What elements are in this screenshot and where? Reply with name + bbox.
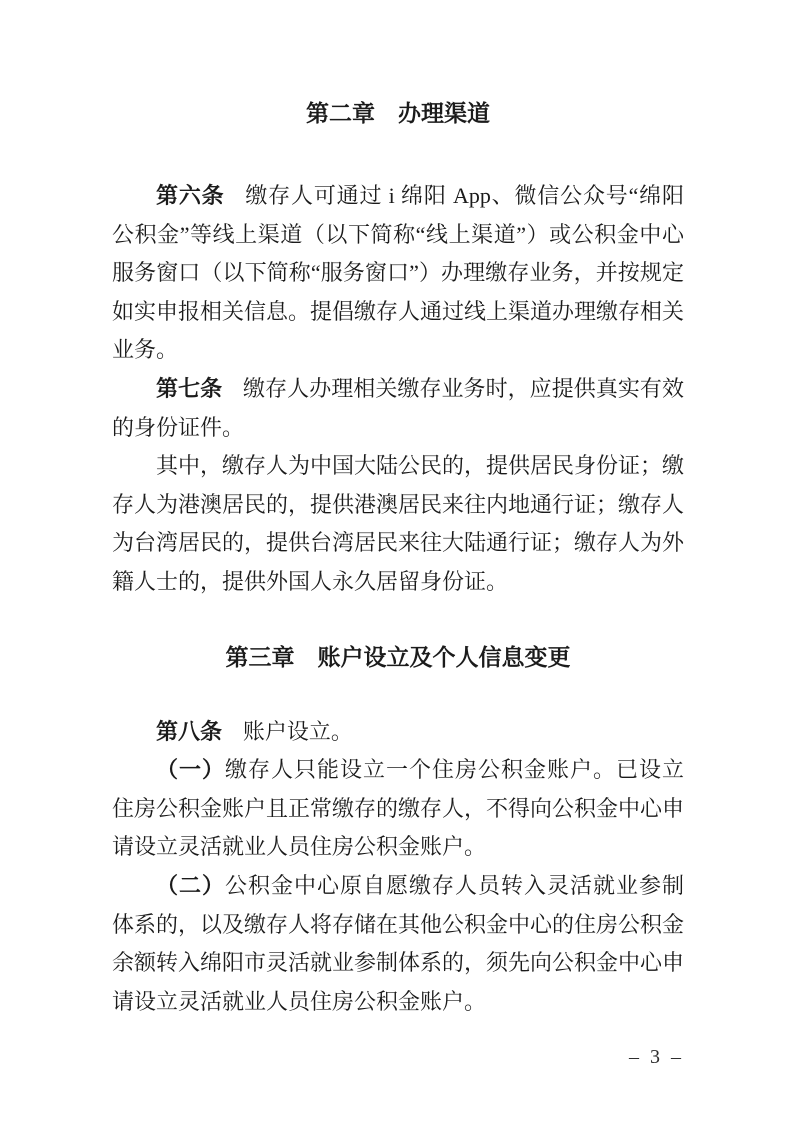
page-number: – 3 – <box>112 1042 684 1072</box>
document-content: 第二章 办理渠道 第六条缴存人可通过 i 绵阳 App、微信公众号“绵阳公积金”… <box>112 0 684 1072</box>
article-7-detail-text: 其中，缴存人为中国大陆公民的，提供居民身份证；缴存人为港澳居民的，提供港澳居民来… <box>112 453 684 594</box>
document-page: 第二章 办理渠道 第六条缴存人可通过 i 绵阳 App、微信公众号“绵阳公积金”… <box>0 0 793 1122</box>
article-6-label: 第六条 <box>156 183 224 208</box>
chapter-3-body: 第八条账户设立。 （一）缴存人只能设立一个住房公积金账户。已设立住房公积金账户且… <box>112 713 684 1022</box>
article-8-item-2-label: （二） <box>156 873 225 898</box>
chapter-2-heading: 第二章 办理渠道 <box>112 97 684 130</box>
article-7-paragraph: 第七条缴存人办理相关缴存业务时，应提供真实有效的身份证件。 <box>112 370 684 447</box>
article-6-paragraph: 第六条缴存人可通过 i 绵阳 App、微信公众号“绵阳公积金”等线上渠道（以下简… <box>112 177 684 370</box>
article-8-paragraph: 第八条账户设立。 <box>112 713 684 752</box>
article-6-text: 缴存人可通过 i 绵阳 App、微信公众号“绵阳公积金”等线上渠道（以下简称“线… <box>112 183 684 362</box>
article-8-item-2-paragraph: （二）公积金中心原自愿缴存人员转入灵活就业参制体系的，以及缴存人将存储在其他公积… <box>112 867 684 1021</box>
article-8-item-1-label: （一） <box>156 757 225 782</box>
article-7-detail-paragraph: 其中，缴存人为中国大陆公民的，提供居民身份证；缴存人为港澳居民的，提供港澳居民来… <box>112 447 684 601</box>
chapter-3-heading: 第三章 账户设立及个人信息变更 <box>112 641 684 674</box>
article-8-label: 第八条 <box>156 719 222 744</box>
article-7-label: 第七条 <box>156 376 222 401</box>
article-8-text: 账户设立。 <box>243 719 353 744</box>
article-8-item-1-paragraph: （一）缴存人只能设立一个住房公积金账户。已设立住房公积金账户且正常缴存的缴存人，… <box>112 751 684 867</box>
chapter-2-body: 第六条缴存人可通过 i 绵阳 App、微信公众号“绵阳公积金”等线上渠道（以下简… <box>112 177 684 602</box>
